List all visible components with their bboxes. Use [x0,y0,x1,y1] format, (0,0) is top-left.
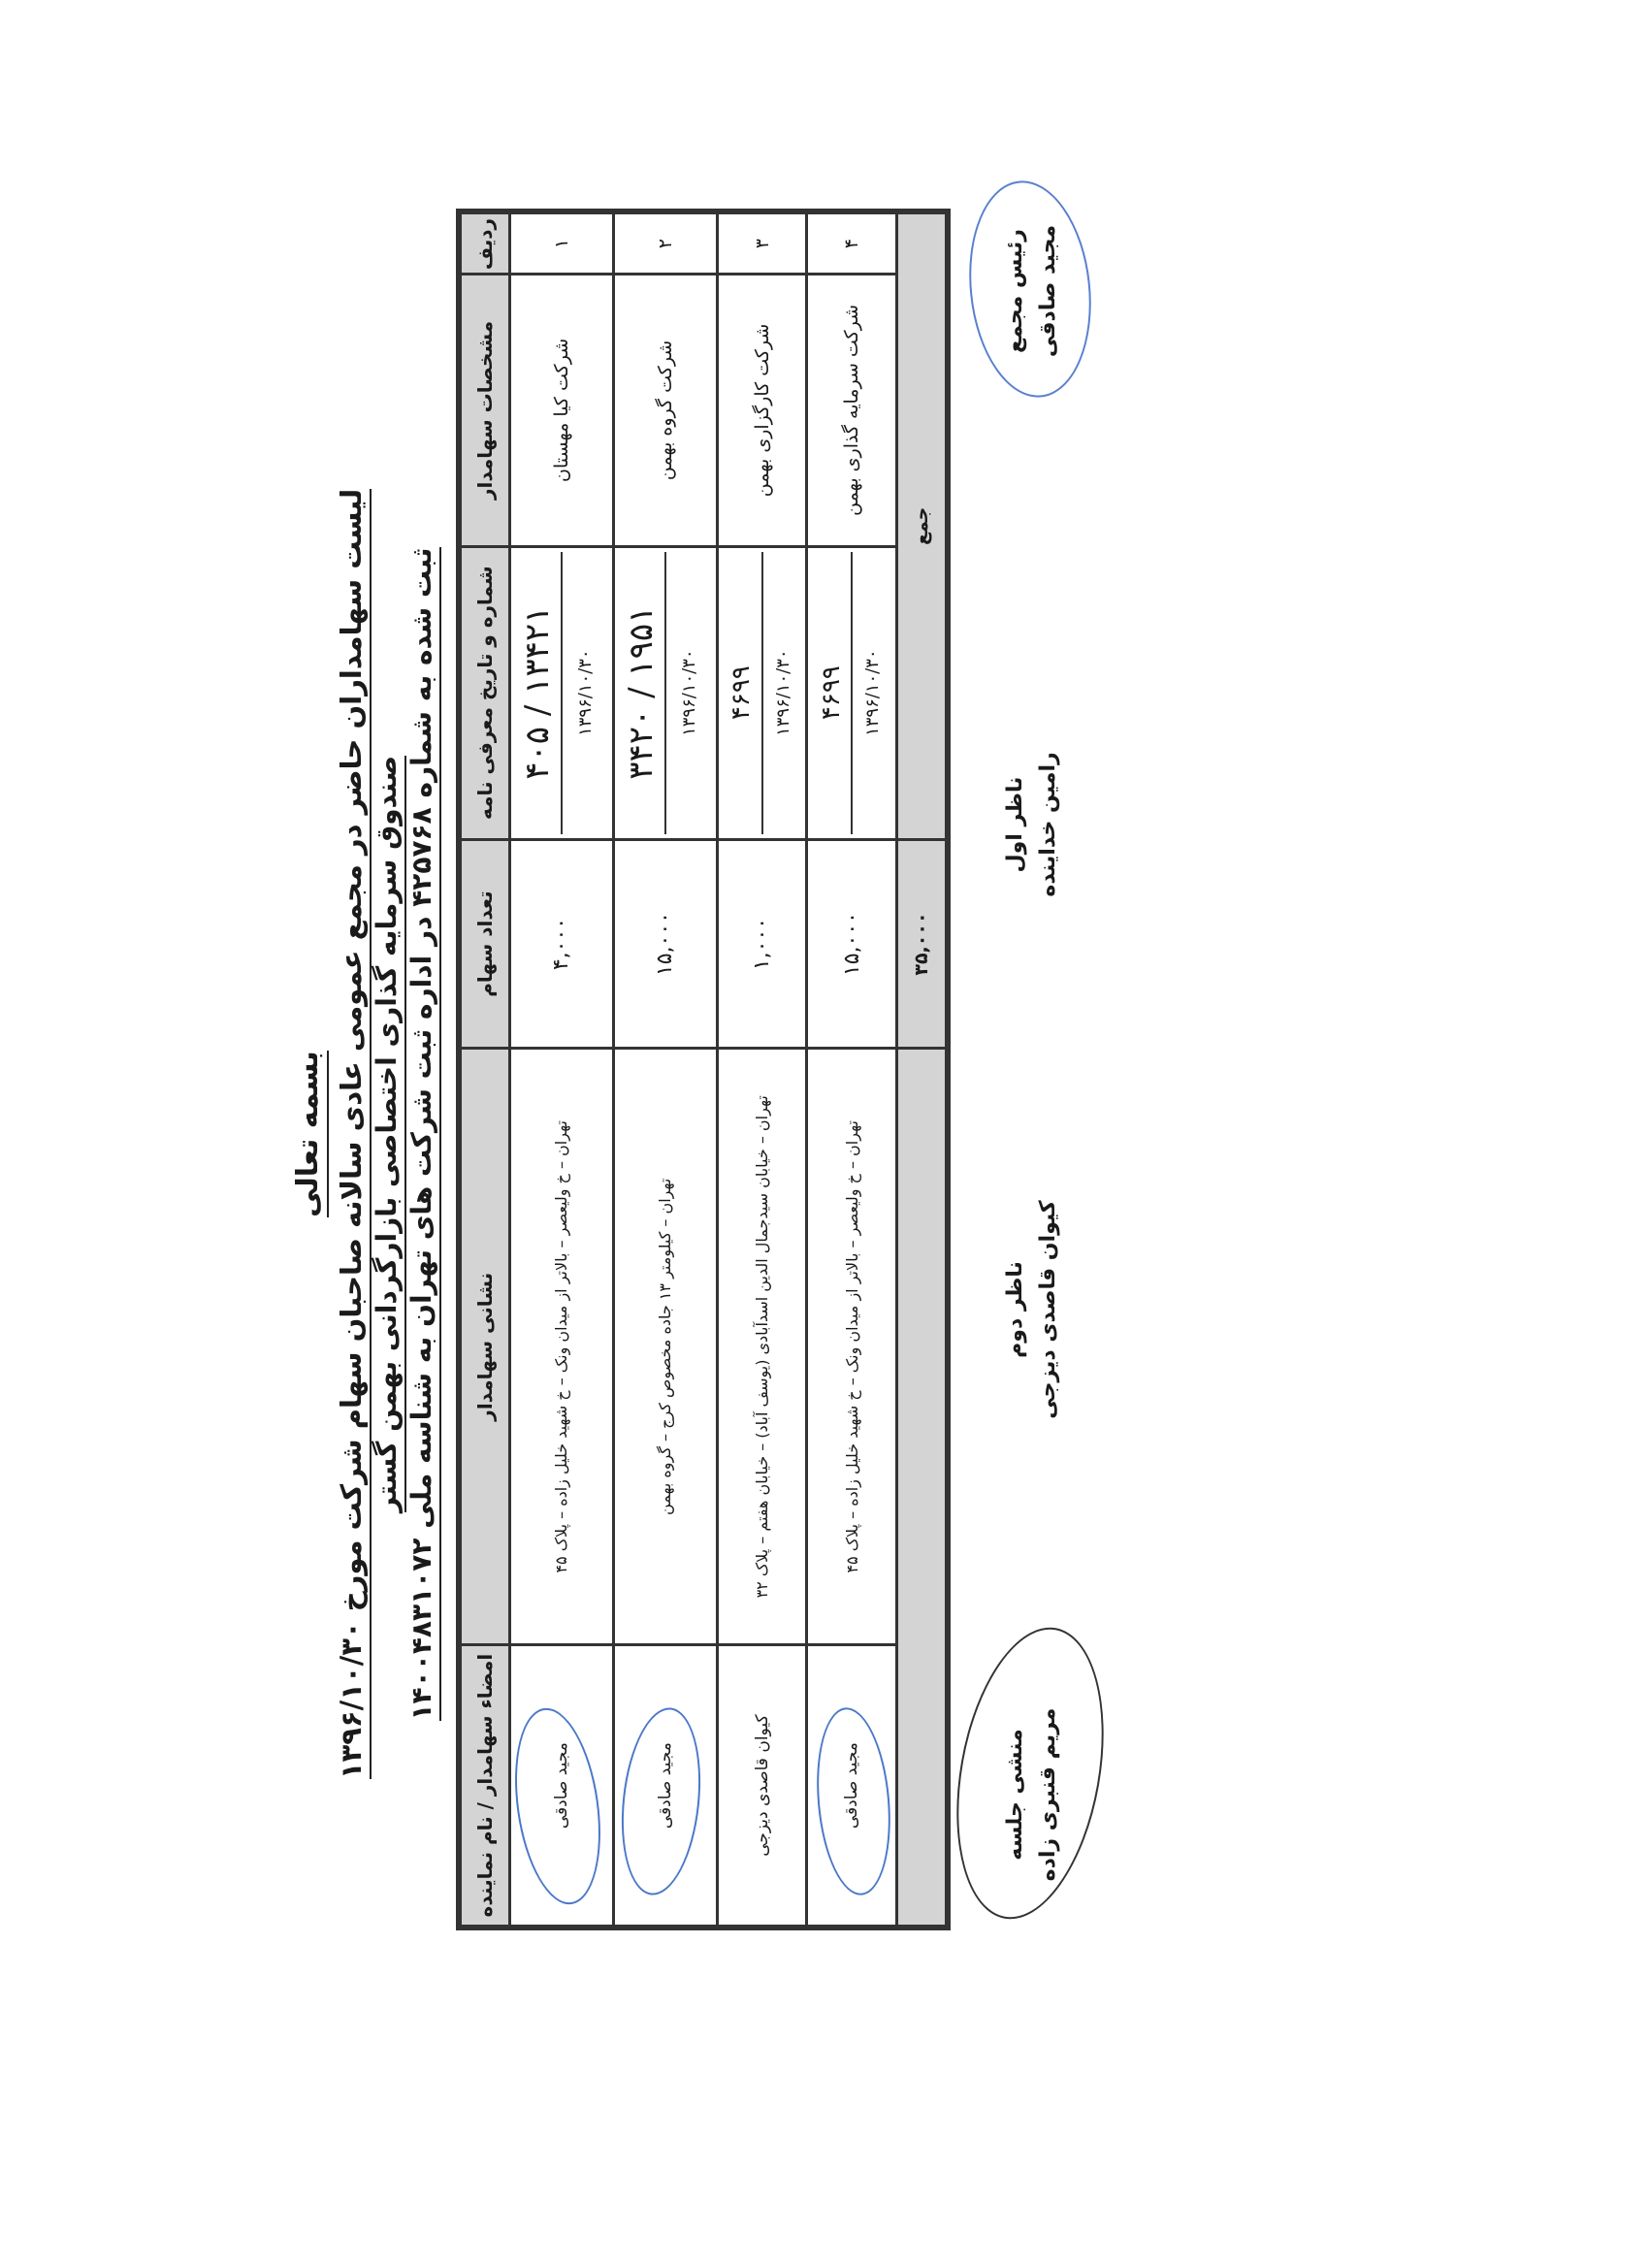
signature-cell: مجید صادقی [510,1645,614,1928]
total-label: جمع [897,211,949,839]
shareholders-table: ردیف مشخصات سهامدار شماره و تاریخ معرفی … [456,209,951,1930]
representative-name: کیوان قاصدی دیزجی [753,1714,772,1856]
certificate-cell: ۴۶۹۹ ۱۳۹۶/۱۰/۳۰ [717,546,807,839]
signatories: رئیس مجمع مجید صادقی ناظر اول رامین خدای… [999,0,1145,2268]
certificate-number: ۴۶۹۹ [811,552,853,834]
signer-second-observer: ناظر دوم کیوان قاصدی دیزجی [999,1183,1065,1436]
shareholder-address: تهران – کیلومتر ۱۳ جاده مخصوص کرج – گروه… [613,1049,717,1645]
signer-chairman: رئیس مجمع مجید صادقی [999,165,1065,417]
document-title: لیست سهامداران حاضر در مجمع عمومی عادی س… [335,0,368,2268]
shareholder-name: شرکت سرمایه گذاری بهمن [807,275,897,546]
signature-cell: مجید صادقی [807,1645,897,1928]
table-row: ۲ شرکت گروه بهمن ۱۹۵۱ / ۳۴۲۰ ۱۳۹۶/۱۰/۳۰ … [613,211,717,1928]
registration-line: ثبت شده به شماره ۴۲۵۷۶۸ در اداره ثبت شرک… [405,0,437,2268]
signature-cell: مجید صادقی [613,1645,717,1928]
total-row: جمع ۳۵,۰۰۰ [897,211,949,1928]
certificate-date: ۱۳۹۶/۱۰/۳۰ [763,552,803,834]
table-row: ۱ شرکت کیا مهستان ۱۳۴۲۱ / ۴۰۵ ۱۳۹۶/۱۰/۳۰… [510,211,614,1928]
certificate-date: ۱۳۹۶/۱۰/۳۰ [666,552,713,834]
shareholder-name: شرکت کیا مهستان [510,275,614,546]
column-header-address: نشانی سهامدار [459,1049,510,1645]
signer-name: کیوان قاصدی دیزجی [1032,1183,1065,1436]
column-header-certificate: شماره و تاریخ معرفی نامه [459,546,510,839]
fund-name: صندوق سرمایه گذاری اختصاصی بازارگردانی ب… [371,0,403,2268]
signer-secretary: منشی جلسه مریم قنبری زاده [999,1669,1065,1921]
share-count: ۱۵,۰۰۰ [613,839,717,1049]
signer-role: ناظر اول [999,698,1032,951]
column-header-signature: امضاء سهامدار / نام نماینده [459,1645,510,1928]
row-number: ۱ [510,211,614,275]
shareholder-address: تهران – خ ولیعصر – بالاتر از میدان ونک –… [807,1049,897,1645]
certificate-cell: ۱۳۴۲۱ / ۴۰۵ ۱۳۹۶/۱۰/۳۰ [510,546,614,839]
certificate-cell: ۱۹۵۱ / ۳۴۲۰ ۱۳۹۶/۱۰/۳۰ [613,546,717,839]
shareholder-address: تهران – خیابان سیدجمال الدین اسدآبادی (ی… [717,1049,807,1645]
certificate-number: ۴۶۹۹ [722,552,763,834]
shareholder-address: تهران – خ ولیعصر – بالاتر از میدان ونک –… [510,1049,614,1645]
shareholder-name: شرکت گروه بهمن [613,275,717,546]
total-shares: ۳۵,۰۰۰ [897,839,949,1049]
signer-first-observer: ناظر اول رامین خداینده [999,698,1065,951]
representative-name: مجید صادقی [656,1742,675,1829]
table-row: ۳ شرکت کارگزاری بهمن ۴۶۹۹ ۱۳۹۶/۱۰/۳۰ ۱,۰… [717,211,807,1928]
signer-role: ناظر دوم [999,1183,1032,1436]
representative-name: مجید صادقی [552,1742,571,1829]
share-count: ۴,۰۰۰ [510,839,614,1049]
signer-name: رامین خداینده [1032,698,1065,951]
row-number: ۲ [613,211,717,275]
certificate-date: ۱۳۹۶/۱۰/۳۰ [853,552,892,834]
share-count: ۱۵,۰۰۰ [807,839,897,1049]
certificate-cell: ۴۶۹۹ ۱۳۹۶/۱۰/۳۰ [807,546,897,839]
row-number: ۳ [717,211,807,275]
scanned-document-page: بسمه تعالی لیست سهامداران حاضر در مجمع ع… [0,0,1649,2268]
certificate-number: ۱۹۵۱ / ۳۴۲۰ [618,552,666,834]
table-row: ۴ شرکت سرمایه گذاری بهمن ۴۶۹۹ ۱۳۹۶/۱۰/۳۰… [807,211,897,1928]
total-filler [897,1049,949,1928]
signature-ink-icon [959,175,1102,404]
column-header-row-number: ردیف [459,211,510,275]
column-header-shares: تعداد سهام [459,839,510,1049]
certificate-number: ۱۳۴۲۱ / ۴۰۵ [514,552,563,834]
table-header-row: ردیف مشخصات سهامدار شماره و تاریخ معرفی … [459,211,510,1928]
representative-name: مجید صادقی [842,1742,861,1829]
shareholder-name: شرکت کارگزاری بهمن [717,275,807,546]
certificate-date: ۱۳۹۶/۱۰/۳۰ [563,552,609,834]
column-header-shareholder: مشخصات سهامدار [459,275,510,546]
row-number: ۴ [807,211,897,275]
signature-ink-icon [936,1616,1125,1930]
share-count: ۱,۰۰۰ [717,839,807,1049]
bismillah-heading: بسمه تعالی [291,0,325,2268]
signature-cell: کیوان قاصدی دیزجی [717,1645,807,1928]
